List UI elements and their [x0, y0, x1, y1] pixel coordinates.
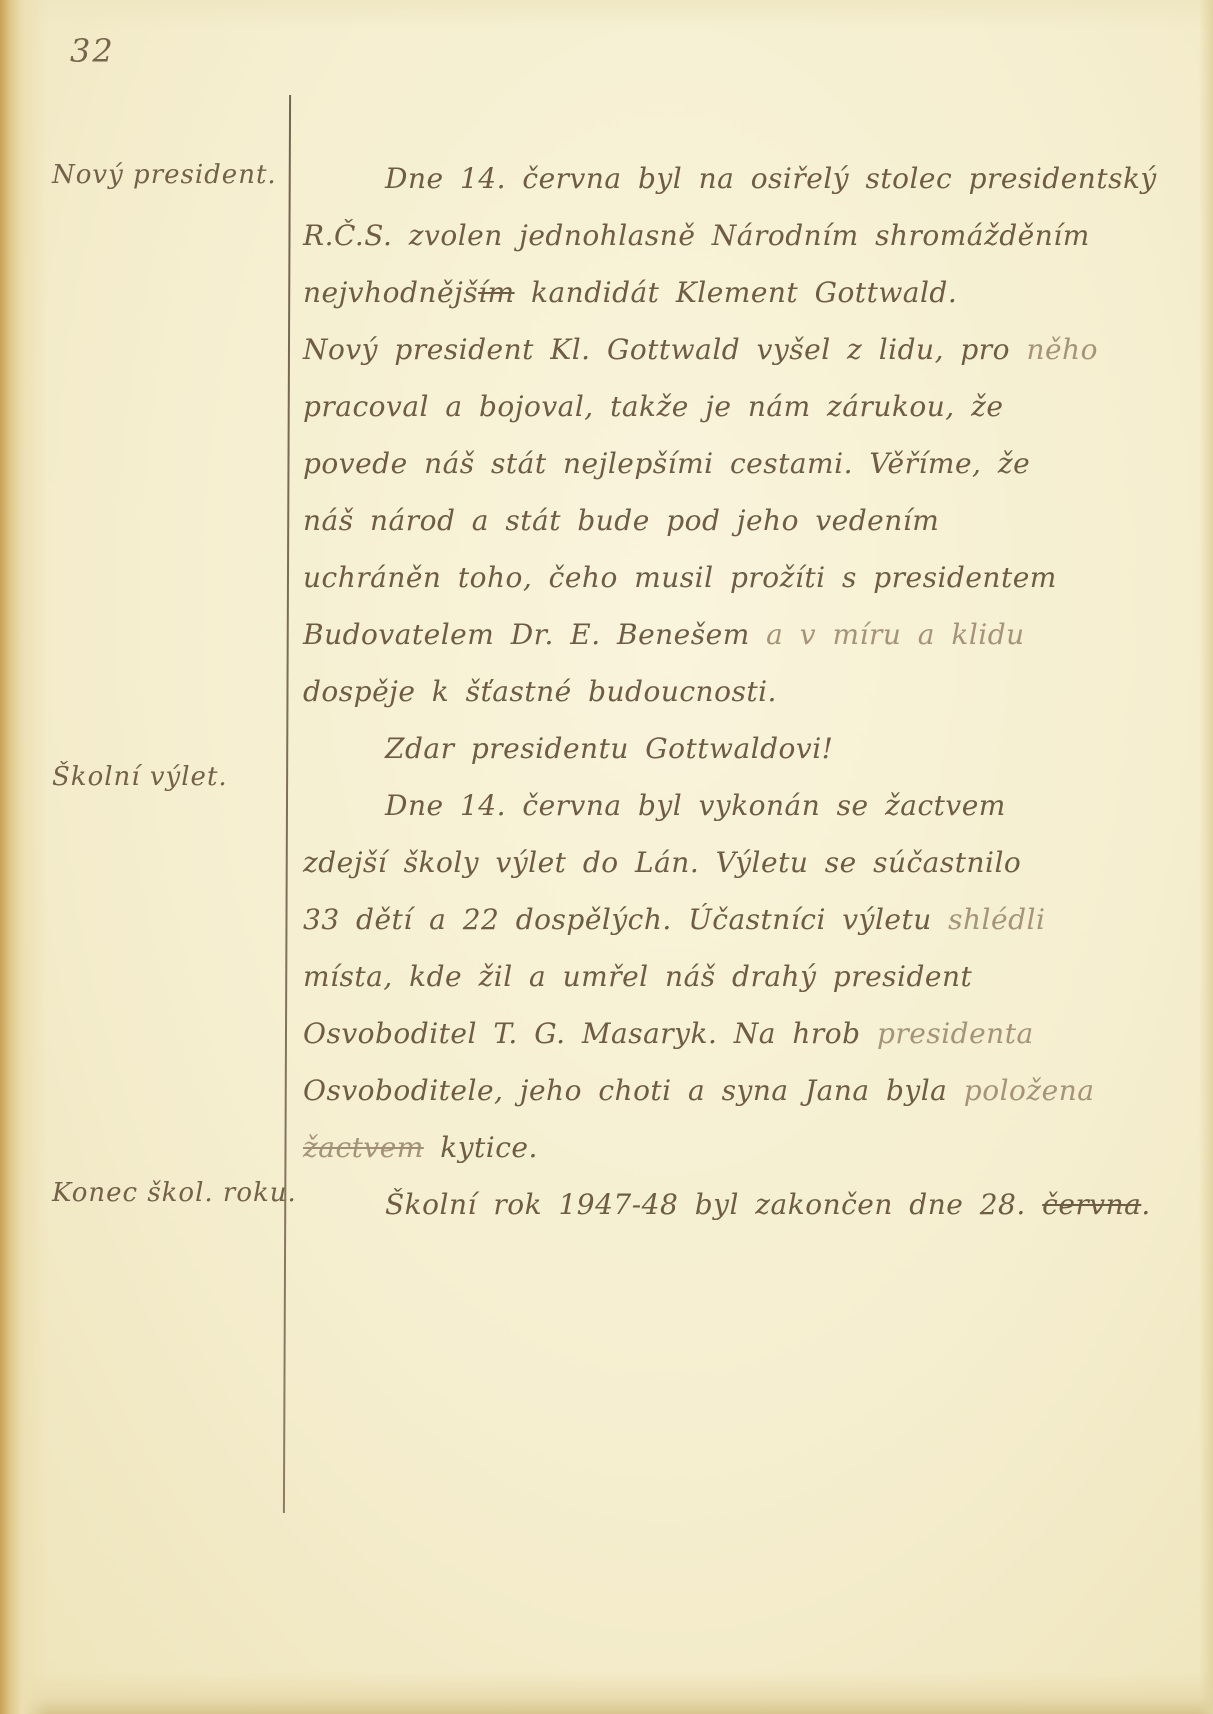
text-line: Zdar presidentu Gottwaldovi!: [303, 720, 1113, 777]
text-line: Osvoboditel T. G. Masaryk. Na hrob presi…: [303, 1005, 1113, 1062]
text-line: žactvem kytice.: [303, 1119, 1113, 1176]
text-line: uchráněn toho, čeho musil prožíti s pres…: [303, 549, 1113, 606]
text-segment: žactvem: [303, 1131, 424, 1164]
text-segment: zdejší školy výlet do Lán. Výletu se súč…: [303, 846, 1021, 879]
text-line: zdejší školy výlet do Lán. Výletu se súč…: [303, 834, 1113, 891]
text-segment: shlédli: [948, 903, 1045, 936]
text-segment: Dne 14. června byl vykonán se žactvem: [385, 789, 1006, 822]
text-line: Nový president Kl. Gottwald vyšel z lidu…: [303, 321, 1113, 378]
main-text: Dne 14. června byl na osiřelý stolec pre…: [303, 150, 1113, 1233]
text-segment: kandidát Klement Gottwald.: [515, 276, 958, 309]
text-segment: kytice.: [424, 1131, 538, 1164]
text-line: Dne 14. června byl na osiřelý stolec pre…: [303, 150, 1113, 207]
page-number: 32: [70, 32, 115, 70]
text-segment: nejvhodnějš: [303, 276, 478, 309]
text-segment: náš národ a stát bude pod jeho vedením: [303, 504, 939, 537]
margin-rule-line: [283, 95, 291, 1513]
text-segment: něho: [1026, 333, 1098, 366]
text-segment: Osvoboditel T. G. Masaryk. Na hrob: [303, 1017, 877, 1050]
text-segment: položena: [964, 1074, 1095, 1107]
text-line: R.Č.S. zvolen jednohlasně Národním shrom…: [303, 207, 1113, 264]
text-segment: dospěje k šťastné budoucnosti.: [303, 675, 777, 708]
text-line: náš národ a stát bude pod jeho vedením: [303, 492, 1113, 549]
text-line: Školní rok 1947-48 byl zakončen dne 28. …: [303, 1176, 1113, 1233]
text-segment: pracoval a bojoval, takže je nám zárukou…: [303, 390, 1003, 423]
text-line: místa, kde žil a umřel náš drahý preside…: [303, 948, 1113, 1005]
text-segment: 33 dětí a 22 dospělých. Účastníci výletu: [303, 903, 948, 936]
text-segment: Dne 14. června byl na osiřelý stolec pre…: [385, 162, 1157, 195]
text-line: 33 dětí a 22 dospělých. Účastníci výletu…: [303, 891, 1113, 948]
text-segment: povede náš stát nejlepšími cestami. Věří…: [303, 447, 1030, 480]
text-segment: uchráněn toho, čeho musil prožíti s pres…: [303, 561, 1057, 594]
text-segment: Nový president Kl. Gottwald vyšel z lidu…: [303, 333, 1026, 366]
text-line: Budovatelem Dr. E. Benešem a v míru a kl…: [303, 606, 1113, 663]
text-segment: presidenta: [877, 1017, 1034, 1050]
text-segment: .: [1141, 1188, 1150, 1221]
text-line: povede náš stát nejlepšími cestami. Věří…: [303, 435, 1113, 492]
text-segment: Zdar presidentu Gottwaldovi!: [385, 732, 833, 765]
text-segment: Budovatelem Dr. E. Benešem: [303, 618, 766, 651]
text-segment: místa, kde žil a umřel náš drahý preside…: [303, 960, 972, 993]
text-segment: června: [1042, 1188, 1141, 1221]
text-line: dospěje k šťastné budoucnosti.: [303, 663, 1113, 720]
text-segment: Školní rok 1947-48 byl zakončen dne 28.: [385, 1188, 1042, 1221]
text-segment: ím: [478, 276, 515, 309]
text-line: Dne 14. června byl vykonán se žactvem: [303, 777, 1113, 834]
text-line: nejvhodnějším kandidát Klement Gottwald.: [303, 264, 1113, 321]
chronicle-page: 32 Nový president. Školní výlet. Konec š…: [0, 0, 1213, 1714]
text-segment: R.Č.S. zvolen jednohlasně Národním shrom…: [303, 219, 1090, 252]
margin-note-konec-skol-roku: Konec škol. roku.: [52, 1178, 277, 1208]
text-segment: a v míru a klidu: [766, 618, 1025, 651]
margin-note-novy-president: Nový president.: [52, 160, 277, 190]
text-line: Osvoboditele, jeho choti a syna Jana byl…: [303, 1062, 1113, 1119]
text-segment: Osvoboditele, jeho choti a syna Jana byl…: [303, 1074, 964, 1107]
text-line: pracoval a bojoval, takže je nám zárukou…: [303, 378, 1113, 435]
margin-note-skolni-vylet: Školní výlet.: [52, 762, 277, 792]
